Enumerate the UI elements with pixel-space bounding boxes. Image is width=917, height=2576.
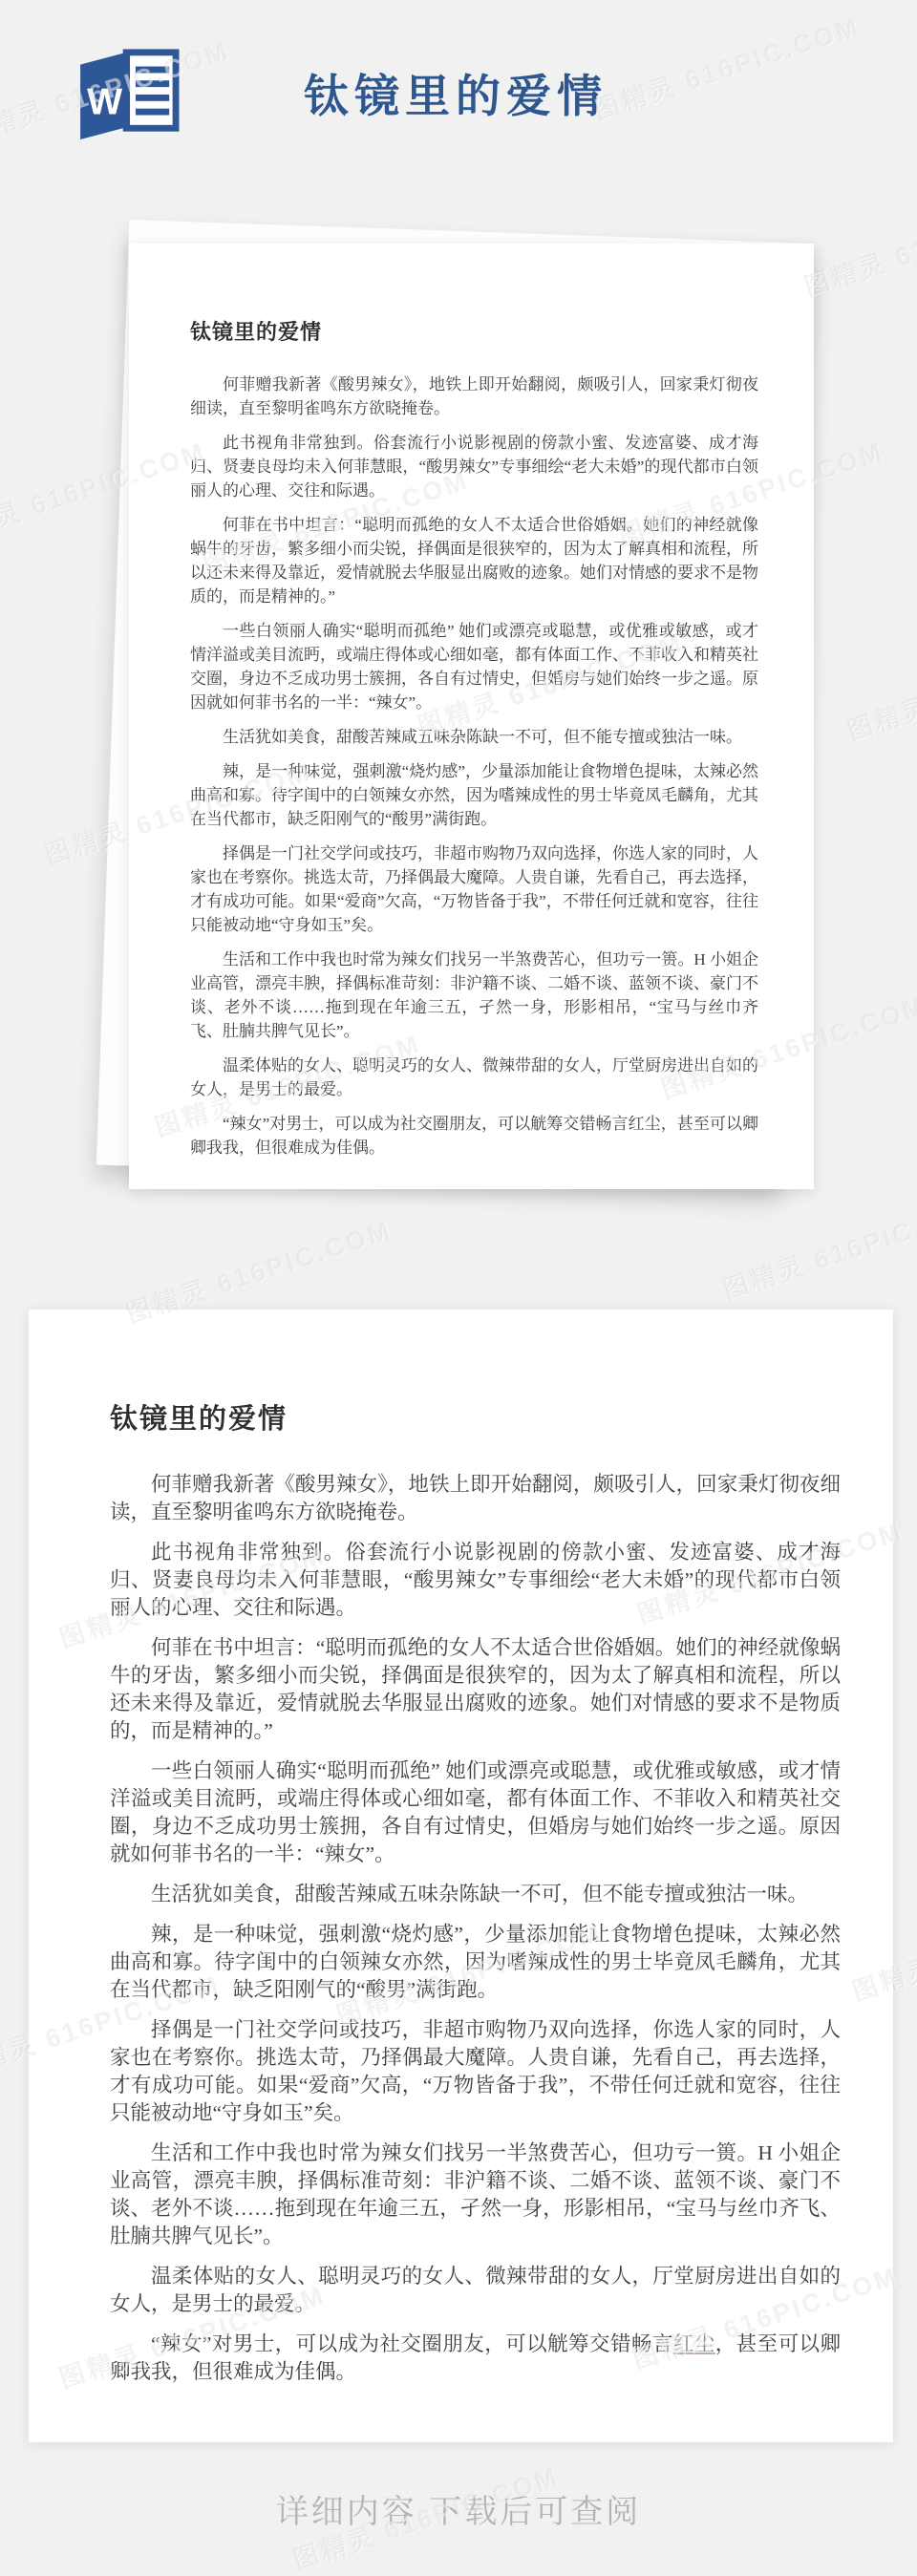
- doc-paragraph: 生活和工作中我也时常为辣女们找另一半煞费苦心，但功亏一篑。H 小姐企业高管，漂亮…: [190, 947, 758, 1043]
- doc-paragraph: 辣，是一种味觉，强刺激“烧灼感”，少量添加能让食物增色提味，太辣必然曲高和寡。待…: [110, 1921, 841, 2004]
- doc-paragraph: 此书视角非常独到。俗套流行小说影视剧的傍款小蜜、发迹富婆、成才海归、贤妻良母均未…: [190, 431, 758, 502]
- doc-paragraph: 此书视角非常独到。俗套流行小说影视剧的傍款小蜜、发迹富婆、成才海归、贤妻良母均未…: [110, 1539, 841, 1622]
- doc-paragraph: 择偶是一门社交学问或技巧，非超市购物乃双向选择，你选人家的同时，人家也在考察你。…: [190, 841, 758, 937]
- doc-paragraph: 一些白领丽人确实“聪明而孤绝” 她们或漂亮或聪慧，或优雅或敏感，或才情洋溢或美目…: [190, 619, 758, 714]
- word-icon: W: [80, 46, 183, 139]
- doc-paragraph: 择偶是一门社交学问或技巧，非超市购物乃双向选择，你选人家的同时，人家也在考察你。…: [110, 2016, 841, 2127]
- doc-paragraph: 辣，是一种味觉，强刺激“烧灼感”，少量添加能让食物增色提味，太辣必然曲高和寡。待…: [190, 759, 758, 831]
- doc-preview-small-page: 钛镜里的爱情 何菲赠我新著《酸男辣女》，地铁上即开始翻阅，颇吸引人，回家秉灯彻夜…: [129, 244, 814, 1189]
- site-watermark: 图精灵 616PIC.COM: [842, 627, 917, 748]
- doc-paragraph: 生活犹如美食，甜酸苦辣咸五味杂陈缺一不可，但不能专擅或独沽一味。: [190, 725, 758, 749]
- page-title: 钛镜里的爱情: [304, 61, 608, 125]
- site-watermark: 图精灵 616PIC.COM: [717, 1185, 917, 1307]
- doc-paragraph: 生活犹如美食，甜酸苦辣咸五味杂陈缺一不可，但不能专擅或独沽一味。: [110, 1881, 841, 1908]
- doc-paragraph: 何菲赠我新著《酸男辣女》，地铁上即开始翻阅，颇吸引人，回家秉灯彻夜细读，直至黎明…: [110, 1471, 841, 1526]
- doc-paragraph: 温柔体贴的女人、聪明灵巧的女人、微辣带甜的女人，厅堂厨房进出自如的女人，是男士的…: [110, 2263, 841, 2318]
- doc-body: 何菲赠我新著《酸男辣女》，地铁上即开始翻阅，颇吸引人，回家秉灯彻夜细读，直至黎明…: [190, 373, 758, 1160]
- site-watermark: 图精灵 616PIC.COM: [799, 182, 917, 304]
- doc-preview-small: 钛镜里的爱情 何菲赠我新著《酸男辣女》，地铁上即开始翻阅，颇吸引人，回家秉灯彻夜…: [129, 244, 814, 1189]
- doc-body: 何菲赠我新著《酸男辣女》，地铁上即开始翻阅，颇吸引人，回家秉灯彻夜细读，直至黎明…: [110, 1471, 841, 2386]
- doc-title: 钛镜里的爱情: [190, 316, 758, 346]
- page-background: 图精灵 616PIC.COM图精灵 616PIC.COM图精灵 616PIC.C…: [0, 0, 917, 2576]
- doc-preview-large: 钛镜里的爱情 何菲赠我新著《酸男辣女》，地铁上即开始翻阅，颇吸引人，回家秉灯彻夜…: [29, 1309, 893, 2442]
- footer-note: 详细内容 下载后可查阅: [0, 2485, 917, 2532]
- doc-paragraph: “辣女”对男士，可以成为社交圈朋友，可以觥筹交错畅言红尘，甚至可以卿卿我我，但很…: [190, 1112, 758, 1160]
- doc-paragraph: 生活和工作中我也时常为辣女们找另一半煞费苦心，但功亏一篑。H 小姐企业高管，漂亮…: [110, 2140, 841, 2250]
- underlined-term: 红尘: [673, 2332, 715, 2355]
- doc-title: 钛镜里的爱情: [110, 1397, 841, 1437]
- word-icon-page: [126, 53, 176, 128]
- doc-paragraph: 温柔体贴的女人、聪明灵巧的女人、微辣带甜的女人，厅堂厨房进出自如的女人，是男士的…: [190, 1054, 758, 1101]
- doc-paragraph: 何菲赠我新著《酸男辣女》，地铁上即开始翻阅，颇吸引人，回家秉灯彻夜细读，直至黎明…: [190, 373, 758, 420]
- word-icon-letter: W: [87, 82, 122, 123]
- doc-paragraph: 一些白领丽人确实“聪明而孤绝” 她们或漂亮或聪慧，或优雅或敏感，或才情洋溢或美目…: [110, 1757, 841, 1868]
- doc-paragraph: 何菲在书中坦言：“聪明而孤绝的女人不太适合世俗婚姻。她们的神经就像蜗牛的牙齿，繁…: [110, 1634, 841, 1745]
- header: W 钛镜里的爱情: [0, 0, 917, 191]
- doc-paragraph: 何菲在书中坦言：“聪明而孤绝的女人不太适合世俗婚姻。她们的神经就像蜗牛的牙齿，繁…: [190, 513, 758, 608]
- doc-paragraph: “辣女”对男士，可以成为社交圈朋友，可以觥筹交错畅言红尘，甚至可以卿卿我我，但很…: [110, 2331, 841, 2386]
